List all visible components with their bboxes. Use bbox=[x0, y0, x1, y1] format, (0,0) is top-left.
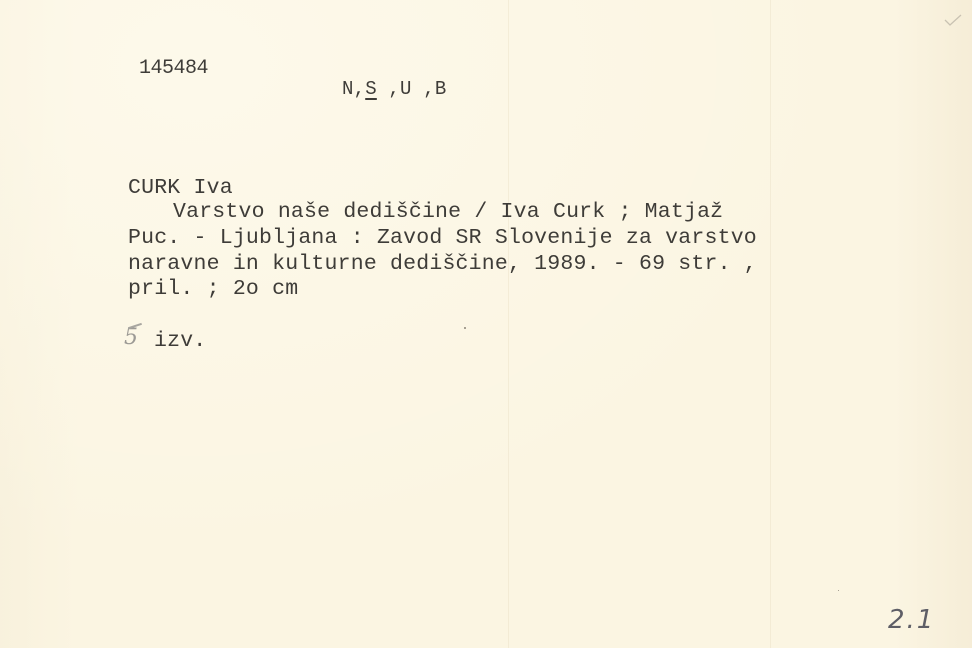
description-line: Puc. - Ljubljana : Zavod SR Slovenije za… bbox=[128, 225, 757, 251]
paper-speck bbox=[464, 327, 466, 329]
check-mark-icon bbox=[944, 14, 962, 26]
description-line: pril. ; 2o cm bbox=[128, 276, 298, 302]
accession-number: 145484 bbox=[139, 56, 208, 82]
paper-crease bbox=[770, 0, 771, 648]
catalog-card: 145484 N,S ,U ,B CURK Iva Varstvo naše d… bbox=[0, 0, 972, 648]
location-prefix: N, bbox=[342, 78, 365, 100]
copy-note: izv. bbox=[154, 328, 206, 354]
paper-speck bbox=[838, 590, 839, 591]
location-underlined: S bbox=[365, 78, 377, 100]
author-heading: CURK Iva bbox=[128, 175, 233, 201]
pencil-classification: 2.1 bbox=[888, 605, 935, 635]
holding-locations: N,S ,U ,B bbox=[342, 76, 446, 102]
description-line: naravne in kulturne dediščine, 1989. - 6… bbox=[128, 251, 757, 277]
description-line: Varstvo naše dediščine / Iva Curk ; Matj… bbox=[173, 199, 723, 225]
pencil-copy-count: 5 bbox=[124, 325, 138, 350]
location-suffix: ,U ,B bbox=[377, 78, 447, 100]
paper-crease bbox=[508, 0, 509, 648]
